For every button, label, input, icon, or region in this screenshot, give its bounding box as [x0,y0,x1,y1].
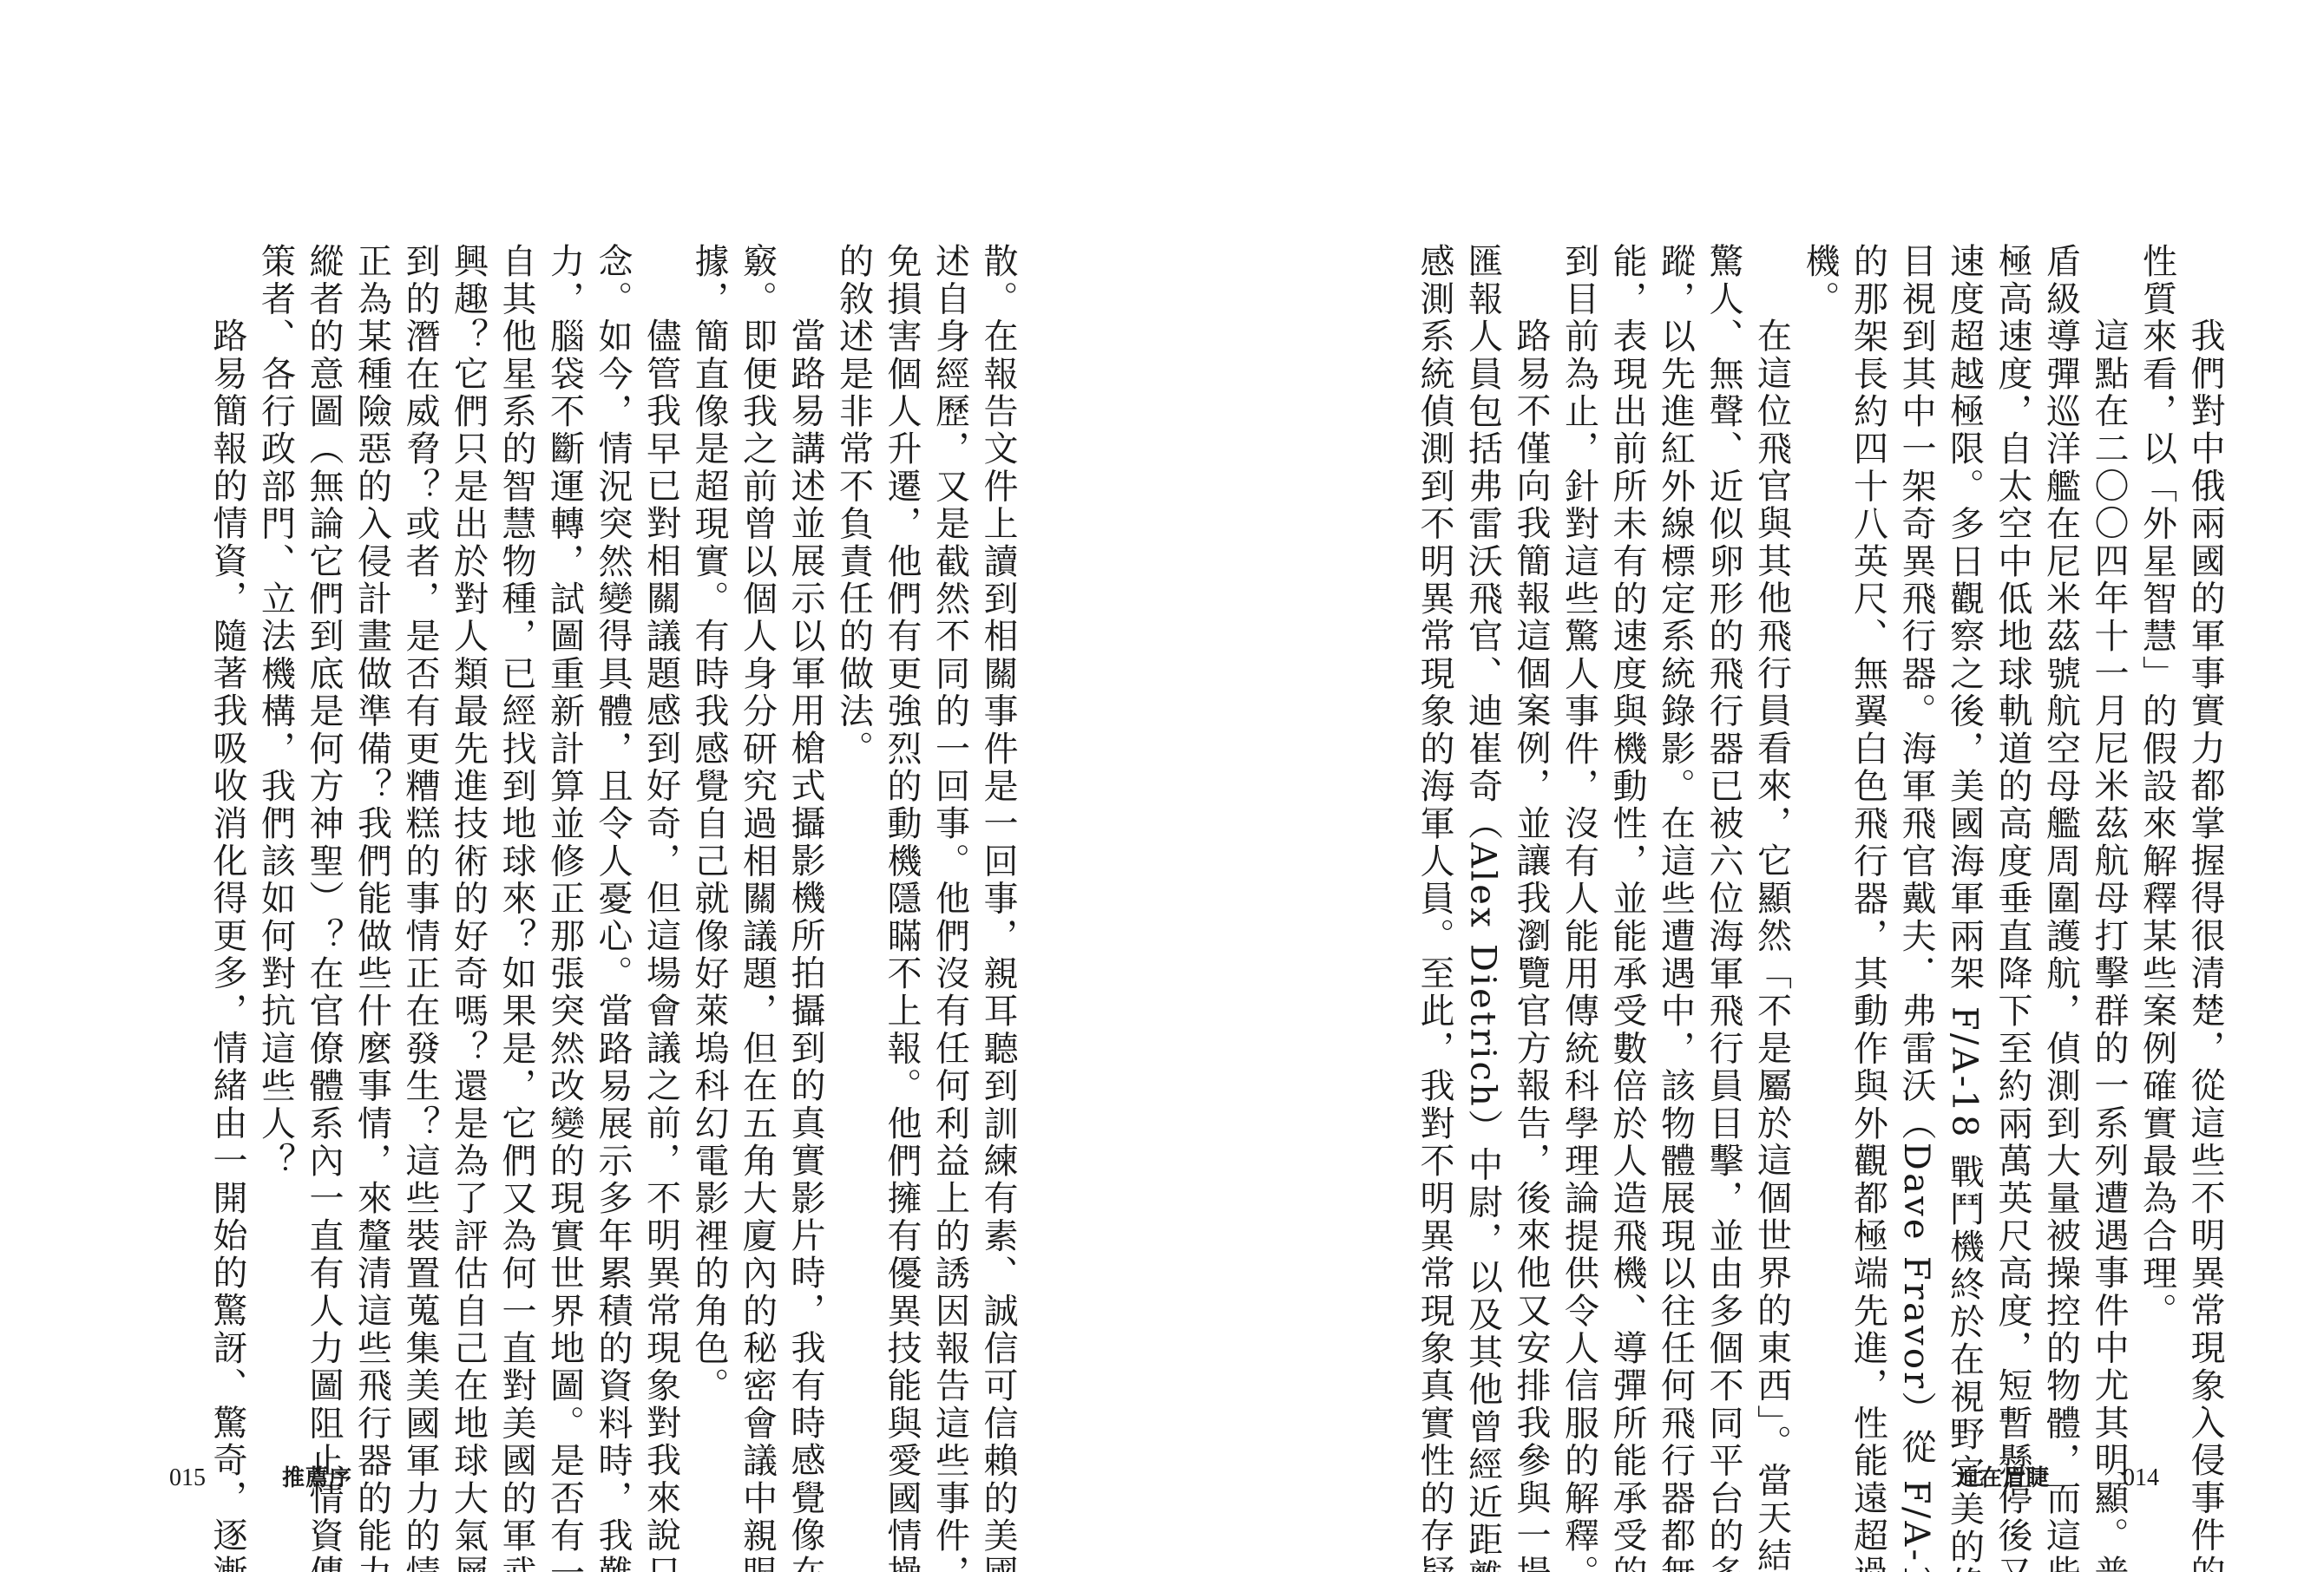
text-column: 力，腦袋不斷運轉，試圖重新計算並修正那張突然改變的現實世界地圖。是否有一個或多個… [540,243,588,1371]
text-column: 當路易講述並展示以軍用槍式攝影機所拍攝到的真實影片時，我有時感覺像在經歷靈魂出 [781,243,830,1371]
text-column: 路易不僅向我簡報這個案例，並讓我瀏覽官方報告，後來他又安排我參與一場正式會議， [1507,243,1555,1371]
text-column: 能，表現出前所未有的速度與機動性，並能承受數倍於人造飛機、導彈所能承受的極端G力… [1603,243,1651,1371]
text-column: 散。在報告文件上讀到相關事件是一回事，親耳聽到訓練有素、誠信可信賴的美國軍人親口… [974,243,1022,1371]
text-column: 竅。即便我之前曾以個人身分研究過相關議題，但在五角大廈內的秘密會議中親眼見到官方… [732,243,781,1371]
text-column: 正為某種險惡的入侵計畫做準備？我們能做些什麼事情，來釐清這些飛行器的能力，以及其… [347,243,396,1371]
text-column: 驚人、無聲、近似卵形的飛行器已被六位海軍飛行員目擊，並由多個不同平台的多部雷達追 [1699,243,1748,1371]
text-column: 到的潛在威脅？或者，是否有更糟糕的事情正在發生？這些裝置蒐集美國軍力的情報，是否… [396,243,444,1371]
text-column: 性質來看，以「外星智慧」的假設來解釋某些案例確實最為合理。 [2132,243,2181,1371]
text-column: 策者、各行政部門、立法機構，我們該如何對抗這些人？ [251,243,299,1371]
text-column: 感測系統偵測到不明異常現象的海軍人員。至此，我對不明異常現象真實性的存疑便煙消雲 [1410,243,1459,1371]
text-column: 這點在二〇〇四年十一月尼米茲航母打擊群的一系列遭遇事件中尤其明顯。普林斯頓號神 [2084,243,2133,1371]
text-column: 速度超越極限。多日觀察之後，美國海軍兩架 F/A-18 戰鬥機終於在視野完美的條… [1940,243,1988,1371]
running-title: 迫在眉睫 [1956,1460,2050,1492]
text-column: 蹤，以先進紅外線標定系統錄影。在這些遭遇中，該物體展現以往任何飛行器都無法達到的… [1651,243,1699,1371]
text-column: 興趣？它們只是出於對人類最先進技術的好奇嗎？還是為了評估自己在地球大氣層活動可能… [443,243,492,1371]
right-page-body: 我們對中俄兩國的軍事實力都掌握得很清楚，從這些不明異常現象入侵事件的發生地點、 … [1361,243,2229,1371]
running-title: 推薦序 [282,1460,352,1492]
text-column: 自其他星系的智慧物種，已經找到地球來？如果是，它們又為何一直對美國的軍武設備特別… [492,243,541,1371]
text-column: 路易簡報的情資，隨著我吸收消化得更多，情緒由一開始的驚訝、驚奇，逐漸轉為憤怒。 [203,243,252,1371]
text-column: 儘管我早已對相關議題感到好奇，但這場會議之前，不明異常現象對我來說只是個抽象概 [636,243,685,1371]
text-column: 的敘述是非常不負責任的做法。 [829,243,877,1371]
text-column: 據，簡直像是超現實。有時我感覺自己就像好萊塢科幻電影裡的角色。 [685,243,733,1371]
right-page-footer: 迫在眉睫 014 [1956,1460,2159,1492]
text-column: 念。如今，情況突然變得具體，且令人憂心。當路易展示多年累積的資料時，我難以集中注… [588,243,637,1371]
text-column: 述自身經歷，又是截然不同的一回事。他們沒有任何利益上的誘因報告這些事件，事實上，… [925,243,974,1371]
right-page: 我們對中俄兩國的軍事實力都掌握得很清楚，從這些不明異常現象入侵事件的發生地點、 … [1162,0,2324,1572]
text-column: 極高速度，自太空中低地球軌道的高度垂直降下至約兩萬英尺高度，短暫懸停後又瞬間加速… [1988,243,2037,1371]
text-column: 的那架長約四十八英尺、無翼白色飛行器，其動作與外觀都極端先進，性能遠超過任何已知… [1843,243,1892,1371]
page-number: 015 [169,1464,206,1492]
text-column: 在這位飛官與其他飛行員看來，它顯然「不是屬於這個世界的東西」。當天結束前，這架 [1747,243,1796,1371]
left-page-body: 散。在報告文件上讀到相關事件是一回事，親耳聽到訓練有素、誠信可信賴的美國軍人親口… [188,243,1021,1371]
text-column: 目視到其中一架奇異飛行器。海軍飛官戴夫．弗雷沃（Dave Fravor）從 F/… [1892,243,1940,1371]
text-column: 機。 [1796,243,1844,1371]
text-column: 匯報人員包括弗雷沃飛官、迪崔奇（Alex Dietrich）中尉，以及其他曾經近… [1458,243,1507,1371]
left-page-footer: 015 推薦序 [169,1460,352,1492]
text-column: 到目前為止，針對這些驚人事件，沒有人能用傳統科學理論提供令人信服的解釋。 [1554,243,1603,1371]
page-number: 014 [2123,1464,2159,1492]
text-column: 免損害個人升遷，他們有更強烈的動機隱瞞不上報。他們擁有優異技能與愛國情操，無視他… [877,243,926,1371]
book-spread: 散。在報告文件上讀到相關事件是一回事，親耳聽到訓練有素、誠信可信賴的美國軍人親口… [0,0,2324,1572]
text-column: 縱者的意圖（無論它們到底是何方神聖）？在官僚體系內一直有人力圖阻止情資傳遞到高層… [299,243,348,1371]
text-column: 盾級導彈巡洋艦在尼米茲號航空母艦周圍護航，偵測到大量被操控的物體，而這些物體似乎… [2036,243,2084,1371]
text-column: 我們對中俄兩國的軍事實力都掌握得很清楚，從這些不明異常現象入侵事件的發生地點、 [2181,243,2229,1371]
left-page: 散。在報告文件上讀到相關事件是一回事，親耳聽到訓練有素、誠信可信賴的美國軍人親口… [0,0,1162,1572]
